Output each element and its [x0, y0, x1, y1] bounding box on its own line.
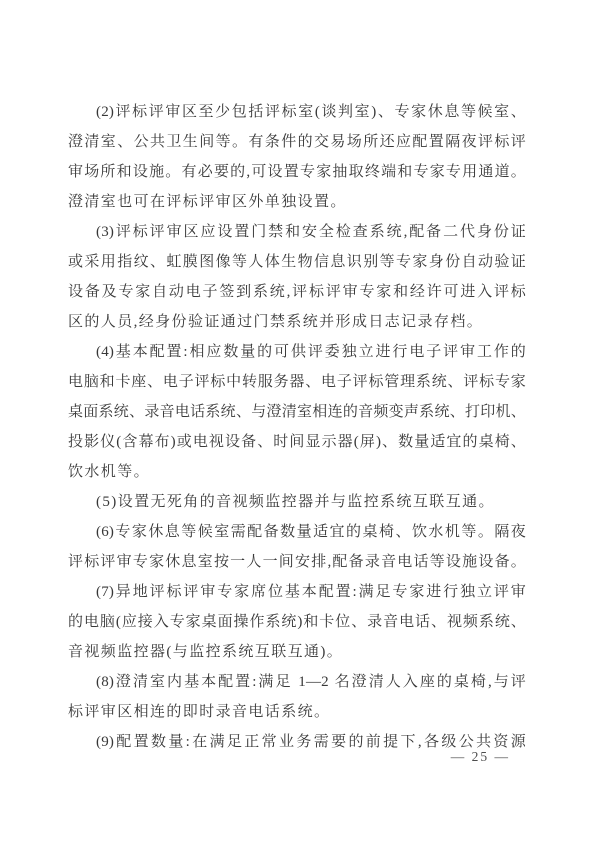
- text-line: (7)异地评标评审专家席位基本配置:满足专家进行独立评审: [68, 577, 526, 607]
- text-line: 评标评审专家休息室按一人一间安排,配备录音电话等设施设备。: [68, 547, 526, 577]
- page-number: — 25 —: [451, 748, 510, 766]
- text-line: (5)设置无死角的音视频监控器并与监控系统互联互通。: [68, 487, 526, 517]
- text-line: (8)澄清室内基本配置:满足 1—2 名澄清人入座的桌椅,与评: [68, 667, 526, 697]
- text-line: 电脑和卡座、电子评标中转服务器、电子评标管理系统、评标专家: [68, 367, 526, 397]
- text-line: 投影仪(含幕布)或电视设备、时间显示器(屏)、数量适宜的桌椅、: [68, 427, 526, 457]
- document-page: (2)评标评审区至少包括评标室(谈判室)、专家休息等候室、澄清室、公共卫生间等。…: [0, 0, 594, 843]
- text-line: 或采用指纹、虹膜图像等人体生物信息识别等专家身份自动验证: [68, 247, 526, 277]
- text-line: (4)基本配置:相应数量的可供评委独立进行电子评审工作的: [68, 337, 526, 367]
- text-line: 区的人员,经身份验证通过门禁系统并形成日志记录存档。: [68, 307, 526, 337]
- text-line: (2)评标评审区至少包括评标室(谈判室)、专家休息等候室、: [68, 97, 526, 127]
- text-line: (6)专家休息等候室需配备数量适宜的桌椅、饮水机等。隔夜: [68, 517, 526, 547]
- text-line: 审场所和设施。有必要的,可设置专家抽取终端和专家专用通道。: [68, 157, 526, 187]
- text-line: 桌面系统、录音电话系统、与澄清室相连的音频变声系统、打印机、: [68, 397, 526, 427]
- text-line: 标评审区相连的即时录音电话系统。: [68, 697, 526, 727]
- text-line: 澄清室也可在评标评审区外单独设置。: [68, 187, 526, 217]
- text-line: 设备及专家自动电子签到系统,评标评审专家和经许可进入评标: [68, 277, 526, 307]
- text-line: (3)评标评审区应设置门禁和安全检查系统,配备二代身份证: [68, 217, 526, 247]
- text-line: 澄清室、公共卫生间等。有条件的交易场所还应配置隔夜评标评: [68, 127, 526, 157]
- document-body: (2)评标评审区至少包括评标室(谈判室)、专家休息等候室、澄清室、公共卫生间等。…: [68, 97, 526, 757]
- text-line: 音视频监控器(与监控系统互联互通)。: [68, 637, 526, 667]
- text-line: 的电脑(应接入专家桌面操作系统)和卡位、录音电话、视频系统、: [68, 607, 526, 637]
- text-line: 饮水机等。: [68, 457, 526, 487]
- paragraphs-container: (2)评标评审区至少包括评标室(谈判室)、专家休息等候室、澄清室、公共卫生间等。…: [68, 97, 526, 757]
